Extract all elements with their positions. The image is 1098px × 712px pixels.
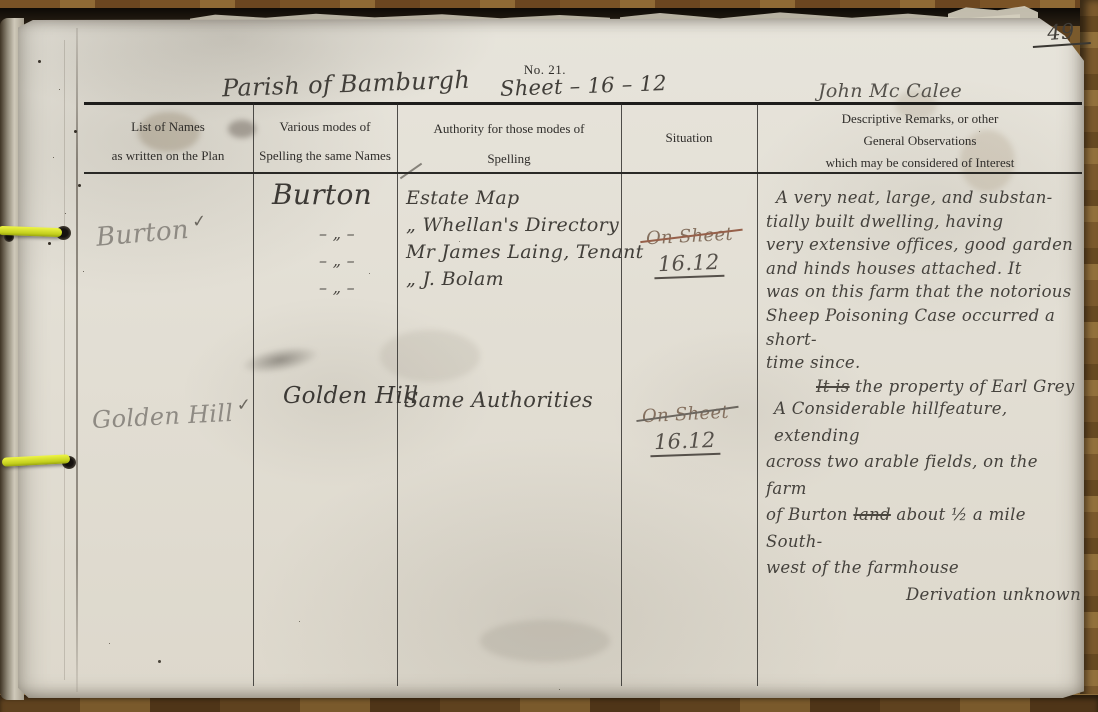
struck-word: It is	[816, 377, 850, 396]
column-header-situation: Situation	[623, 130, 755, 146]
remarks-line: tially built dwelling, having	[766, 210, 1084, 234]
remarks-line: Sheep Poisoning Case occurred a short-	[766, 304, 1084, 351]
situation-struck-text: On Sheet	[641, 402, 729, 428]
situation-burton: On Sheet 16.12	[624, 226, 754, 278]
remarks-line: It is the property of Earl Grey	[766, 375, 1084, 399]
remarks-line: was on this farm that the notorious	[766, 280, 1084, 304]
remarks-golden-hill: A Considerable hillfeature, extending ac…	[766, 396, 1084, 608]
page-fold-crease	[64, 40, 65, 680]
ditto-mark: – „ –	[292, 251, 382, 270]
page-number: 49	[1031, 18, 1091, 48]
authority-line: Estate Map	[406, 185, 644, 212]
remarks-burton: A very neat, large, and substan- tially …	[766, 186, 1084, 398]
authority-golden-hill: Same Authorities	[404, 388, 593, 412]
column-header-authority: Authority for those modes of Spelling	[399, 121, 619, 167]
ditto-mark: – „ –	[292, 224, 382, 243]
remarks-text: of Burton	[766, 505, 853, 524]
column-divider	[253, 103, 254, 686]
column-header-line: List of Names	[131, 119, 205, 135]
column-header-line: which may be considered of Interest	[826, 155, 1015, 171]
ink-specks	[38, 60, 41, 63]
table-header-rule	[84, 172, 1082, 174]
remarks-line: Derivation unknown	[766, 582, 1084, 609]
struck-word: land	[853, 505, 891, 524]
authority-list-burton: Estate Map „ Whellan's Directory Mr Jame…	[406, 185, 644, 293]
column-header-line: Situation	[666, 130, 713, 146]
column-header-line: as written on the Plan	[112, 148, 225, 164]
remarks-line: west of the farmhouse	[766, 555, 1084, 582]
ditto-mark: – „ –	[292, 278, 382, 297]
spelling-golden-hill: Golden Hill	[283, 383, 418, 409]
name-book-scan: 49 No. 21. Parish of Bamburgh Sheet – 16…	[0, 0, 1098, 712]
remarks-line: A Considerable hillfeature, extending	[766, 396, 1084, 449]
remarks-text: the property of Earl Grey	[855, 377, 1074, 396]
authority-line: „ Whellan's Directory	[406, 212, 644, 239]
column-header-remarks: Descriptive Remarks, or other General Ob…	[759, 111, 1081, 171]
spelling-burton: Burton	[272, 178, 372, 211]
remarks-line: time since.	[766, 351, 1084, 375]
remarks-line: across two arable fields, on the farm	[766, 449, 1084, 502]
column-divider	[757, 103, 758, 686]
sheet-number: 16.12	[650, 428, 721, 457]
stain	[480, 620, 610, 662]
column-header-line: General Observations	[864, 133, 977, 149]
column-header-line: Descriptive Remarks, or other	[842, 111, 999, 127]
situation-struck-text: On Sheet	[645, 224, 733, 250]
stain	[380, 330, 480, 382]
column-header-line: Spelling	[487, 151, 530, 167]
remarks-line: of Burton land about ½ a mile South-	[766, 502, 1084, 555]
column-header-line: Various modes of	[280, 119, 371, 135]
remarks-line: and hinds houses attached. It	[766, 257, 1084, 281]
page-fold-crease	[76, 28, 78, 692]
column-header-line: Spelling the same Names	[259, 148, 391, 164]
column-header-spelling: Various modes of Spelling the same Names	[255, 119, 395, 164]
situation-golden-hill: On Sheet 16.12	[620, 404, 750, 456]
check-mark: ✓	[191, 211, 207, 232]
authority-line: Mr James Laing, Tenant	[406, 239, 644, 266]
table-top-rule	[84, 102, 1082, 105]
surveyor-name: John Mc Calee	[818, 80, 962, 102]
column-header-names: List of Names as written on the Plan	[86, 119, 250, 164]
column-header-line: Authority for those modes of	[434, 121, 585, 137]
sheet-number: 16.12	[654, 250, 725, 279]
remarks-line: very extensive offices, good garden	[766, 233, 1084, 257]
check-mark: ✓	[236, 395, 252, 416]
authority-line: „ J. Bolam	[406, 266, 644, 293]
remarks-line: A very neat, large, and substan-	[766, 186, 1084, 210]
